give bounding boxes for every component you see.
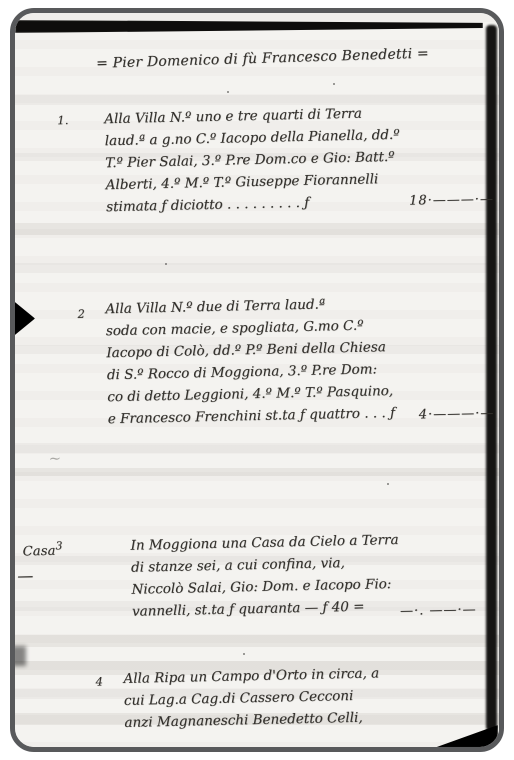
entry-number: 3 <box>55 539 62 552</box>
entry-text: Alla Ripa un Campo d'Orto in circa, a cu… <box>123 662 380 734</box>
page-title: = Pier Domenico di fù Francesco Benedett… <box>96 46 402 71</box>
entry-text: Alla Villa N.º due di Terra laud.ª soda … <box>105 292 395 430</box>
entry-line: vannelli, st.ta ƒ quaranta — ƒ 40 = <box>132 595 400 623</box>
margin-dash: — <box>17 566 34 585</box>
entry-line: anzi Magnaneschi Benedetto Celli, <box>124 706 380 734</box>
entry-text: In Moggiona una Casa da Cielo a Terra di… <box>130 529 400 623</box>
scan-frame: = Pier Domenico di fù Francesco Benedett… <box>10 8 504 752</box>
entry-margin-label: Casa3 <box>22 539 62 559</box>
entry-number: 2 <box>77 307 85 321</box>
stray-mark: ~ <box>48 449 61 467</box>
entry-amount: 4·———·— <box>419 406 495 423</box>
manuscript-page: = Pier Domenico di fù Francesco Benedett… <box>15 13 499 747</box>
entry-text: Alla Villa N.º uno e tre quarti di Terra… <box>104 102 401 218</box>
entry-number: 1. <box>57 113 69 127</box>
margin-label-text: Casa <box>23 544 56 560</box>
entry-number: 4 <box>95 674 103 688</box>
handwriting-layer: = Pier Domenico di fù Francesco Benedett… <box>15 13 499 747</box>
scan-viewer: = Pier Domenico di fù Francesco Benedett… <box>0 0 514 760</box>
entry-amount: —·. ——·— <box>400 602 477 619</box>
entry-amount: 18·———·— <box>409 192 494 209</box>
